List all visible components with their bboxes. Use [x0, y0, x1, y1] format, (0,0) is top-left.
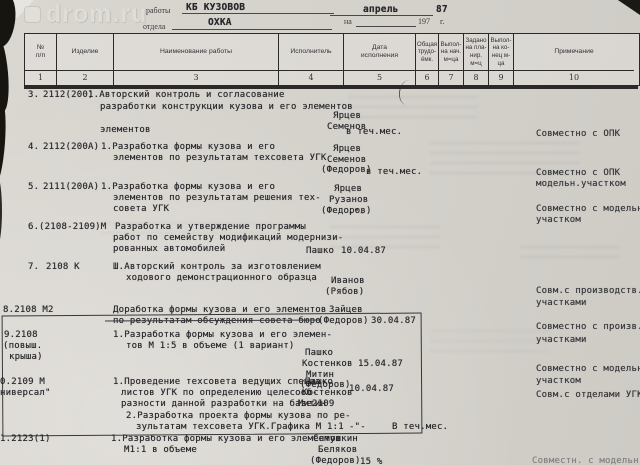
col-header-executor: Исполнитель	[279, 34, 344, 70]
row10-executor2: Костенков	[302, 388, 353, 399]
row4-executor3: (Федоров)	[321, 165, 372, 176]
row9-note-line1: Совместно с модельн.	[536, 364, 640, 375]
row9-note-line2: участком	[536, 376, 581, 387]
row11-executor1: Семушкин	[313, 434, 358, 445]
row5-note-line2: участком	[536, 215, 581, 226]
table-header-bottom-rule	[24, 86, 638, 89]
row5-date: -"-	[348, 208, 365, 219]
row5-task-line1: 1.Разработка формы кузова и его	[101, 182, 275, 193]
works-value: КБ КУЗОВОВ	[186, 2, 245, 13]
row3-executor1: Ярцев	[333, 111, 361, 122]
col-number: 1	[25, 70, 57, 85]
row7-task-line1: Ш.Авторский контроль за изготовлением	[113, 262, 321, 273]
col-header-product: Изделие	[57, 34, 114, 70]
bleed-through-artifact	[430, 330, 550, 356]
row9-task-line1: 1.Разработка формы кузова и его элемен-	[113, 330, 332, 341]
col-number: 7	[439, 70, 464, 85]
watermark: drom.ru	[24, 2, 147, 27]
row5-executor2: Рузанов	[329, 195, 368, 206]
row3-note: Совместно с ОПК	[536, 129, 620, 140]
col-header-done-end: Выпол- на ко- нец м-ца	[489, 34, 514, 70]
table-header: № п/п Изделие Наименование работы Исполн…	[24, 33, 640, 86]
row4-note-line1: Совместно с ОПК	[536, 168, 620, 179]
dept-label: отдела	[143, 22, 165, 31]
row9-executor2: Костенков	[302, 359, 353, 370]
torn-edge-artifact	[0, 172, 2, 250]
row10-note: Совм.с отделами УГК	[536, 390, 640, 401]
row10-task-line4: 2.Разработка проекта формы кузова по ре-	[126, 411, 351, 422]
row11-executor2: Беляков	[318, 445, 357, 456]
row7-executor2: (Рябов)	[325, 287, 364, 298]
year-handwritten: 87	[436, 4, 448, 15]
works-label: работы	[146, 6, 170, 15]
row10-task-line5: зультатам техсовета УГК.Графика М 1:1	[136, 422, 344, 433]
row10-executor1: Пашко	[305, 377, 333, 388]
col-number: 4	[279, 70, 344, 85]
row7-num: 7.	[28, 262, 39, 273]
row5-executor1: Ярцев	[334, 184, 362, 195]
col-number: 5	[344, 70, 416, 85]
col-header-planned: Задано на пла- нир. м=ц	[464, 34, 489, 70]
row7-product: 2108 К	[46, 262, 80, 273]
row5-task-line2: элементов по результатам решения тех-	[113, 193, 321, 204]
bleed-through-artifact	[520, 246, 620, 266]
row3-product: 2112(200)	[43, 90, 94, 101]
row8-note-line1: Совместно с произв.	[536, 322, 640, 333]
row3-date: в теч.мес.	[346, 127, 402, 138]
works-underline	[182, 13, 334, 14]
row6-executor1: Пашко	[306, 246, 334, 257]
row5-num: 5.	[28, 182, 39, 193]
year-suffix: г.	[440, 17, 444, 26]
col-header-labor: Общая трудо- ёмк.	[416, 34, 439, 70]
col-header-num: № п/п	[25, 34, 57, 70]
year-underline	[356, 26, 416, 27]
row7-note-line1: Совм.с производств.	[536, 286, 640, 297]
row7-note-line2: участками	[536, 298, 587, 309]
row6-date: 10.04.87	[341, 246, 386, 257]
row4-executor1: Ярцев	[333, 144, 361, 155]
watermark-text: drom.ru	[46, 2, 147, 27]
row8-note-line2: участками	[536, 335, 587, 346]
row3-task-line2: разработки конструкции кузова и его элем…	[100, 102, 353, 113]
row10-task-line1: 1.Проведение техсовета ведущих специа-	[113, 377, 327, 388]
row6-product: (2108-2109)М	[39, 222, 106, 233]
col-number: 6	[416, 70, 439, 85]
scanned-work-plan-document: drom.ru работы КБ КУЗОВОВ отдела ОХКА ап…	[0, 0, 640, 465]
row10-date3: В теч.мес.	[392, 422, 448, 433]
row10-task-line2: листов УГК по определению целесооб-	[121, 388, 318, 399]
torn-edge-artifact	[0, 98, 8, 187]
row10-num: 0.2109 М	[0, 377, 45, 388]
row10-executor3: Митин	[298, 399, 326, 410]
col-number: 3	[114, 70, 279, 85]
watermark-logo-icon	[24, 6, 41, 23]
col-number: 2	[57, 70, 114, 85]
row11-num: 1.2123(1)	[0, 434, 51, 445]
dept-value: ОХКА	[208, 17, 232, 28]
row9-executor1: Пашко	[305, 348, 333, 359]
row9-product-line2: (повыш.	[3, 341, 42, 352]
row3-num: 3.	[28, 90, 39, 101]
year-printed: 197	[418, 17, 430, 26]
row11-task-line2: М1:1 в объеме	[124, 445, 197, 456]
col-number: 9	[489, 70, 514, 85]
row10-date2: -"-	[349, 422, 366, 433]
row4-task-line1: 1.Разработка формы кузова и его	[101, 142, 275, 153]
row11-note: Совместн. с модельн	[532, 456, 639, 465]
dark-corner-artifact	[614, 0, 640, 15]
col-header-note: Примечание	[514, 34, 634, 70]
col-header-date: Дата исполнения	[344, 34, 416, 70]
col-header-done-start: Выпол- на нач. м=ца	[439, 34, 464, 70]
row9-date: 15.04.87	[358, 359, 403, 370]
row11-task-line1: 1.Разработка формы кузова и его элементо…	[111, 434, 341, 445]
bleed-through-artifact	[348, 96, 478, 126]
row11-date: 15 %	[360, 457, 382, 465]
col-number: 10	[514, 70, 634, 85]
col-number: 8	[464, 70, 489, 85]
row4-num: 4.	[28, 142, 39, 153]
row4-task-line2: элементов по результатам техсовета УГК	[113, 153, 327, 164]
row11-executor3: (Федоров)	[310, 456, 361, 465]
row6-task-line3: рованных автомобилей	[113, 244, 225, 255]
row4-date: в теч.мес.	[366, 167, 422, 178]
table-header-labels-row: № п/п Изделие Наименование работы Исполн…	[25, 34, 639, 70]
month-value: апрель	[363, 4, 399, 15]
row9-task-line2: тов М 1:5 в объеме (1 вариант)	[126, 341, 295, 352]
row10-num-line2: ниверсал"	[0, 388, 51, 399]
row7-executor1: Иванов	[331, 276, 365, 287]
row5-task-line3: совета УГК	[113, 204, 169, 215]
row5-product: 2111(200А)	[43, 182, 99, 193]
row4-note-line2: модельн.участком	[536, 179, 626, 190]
row9-product-line3: крыша)	[9, 352, 43, 363]
table-header-numbers-row: 1 2 3 4 5 6 7 8 9 10	[25, 70, 639, 85]
on-label: на	[344, 17, 352, 26]
month-underline	[330, 15, 433, 16]
row10-date1: 10.04.87	[349, 384, 394, 395]
row5-note-line1: Совместно с модельн.	[536, 204, 640, 215]
row4-product: 2112(200А)	[43, 142, 99, 153]
row6-task-line2: работ по семейству модификаций модернизи…	[113, 233, 343, 244]
row7-task-line2: ходового демонстрационного образца	[126, 273, 317, 284]
row6-task-line1: Разработка и утверждение программы	[115, 222, 306, 233]
row3-task-line1: 1.Авторский контроль и согласование	[88, 90, 285, 101]
row6-num: 6.	[28, 222, 39, 233]
row9-num: 9.2108	[4, 330, 38, 341]
row3-task-line3: элементов	[100, 125, 151, 136]
col-header-work-name: Наименование работы	[114, 34, 279, 70]
dept-underline	[172, 29, 332, 30]
